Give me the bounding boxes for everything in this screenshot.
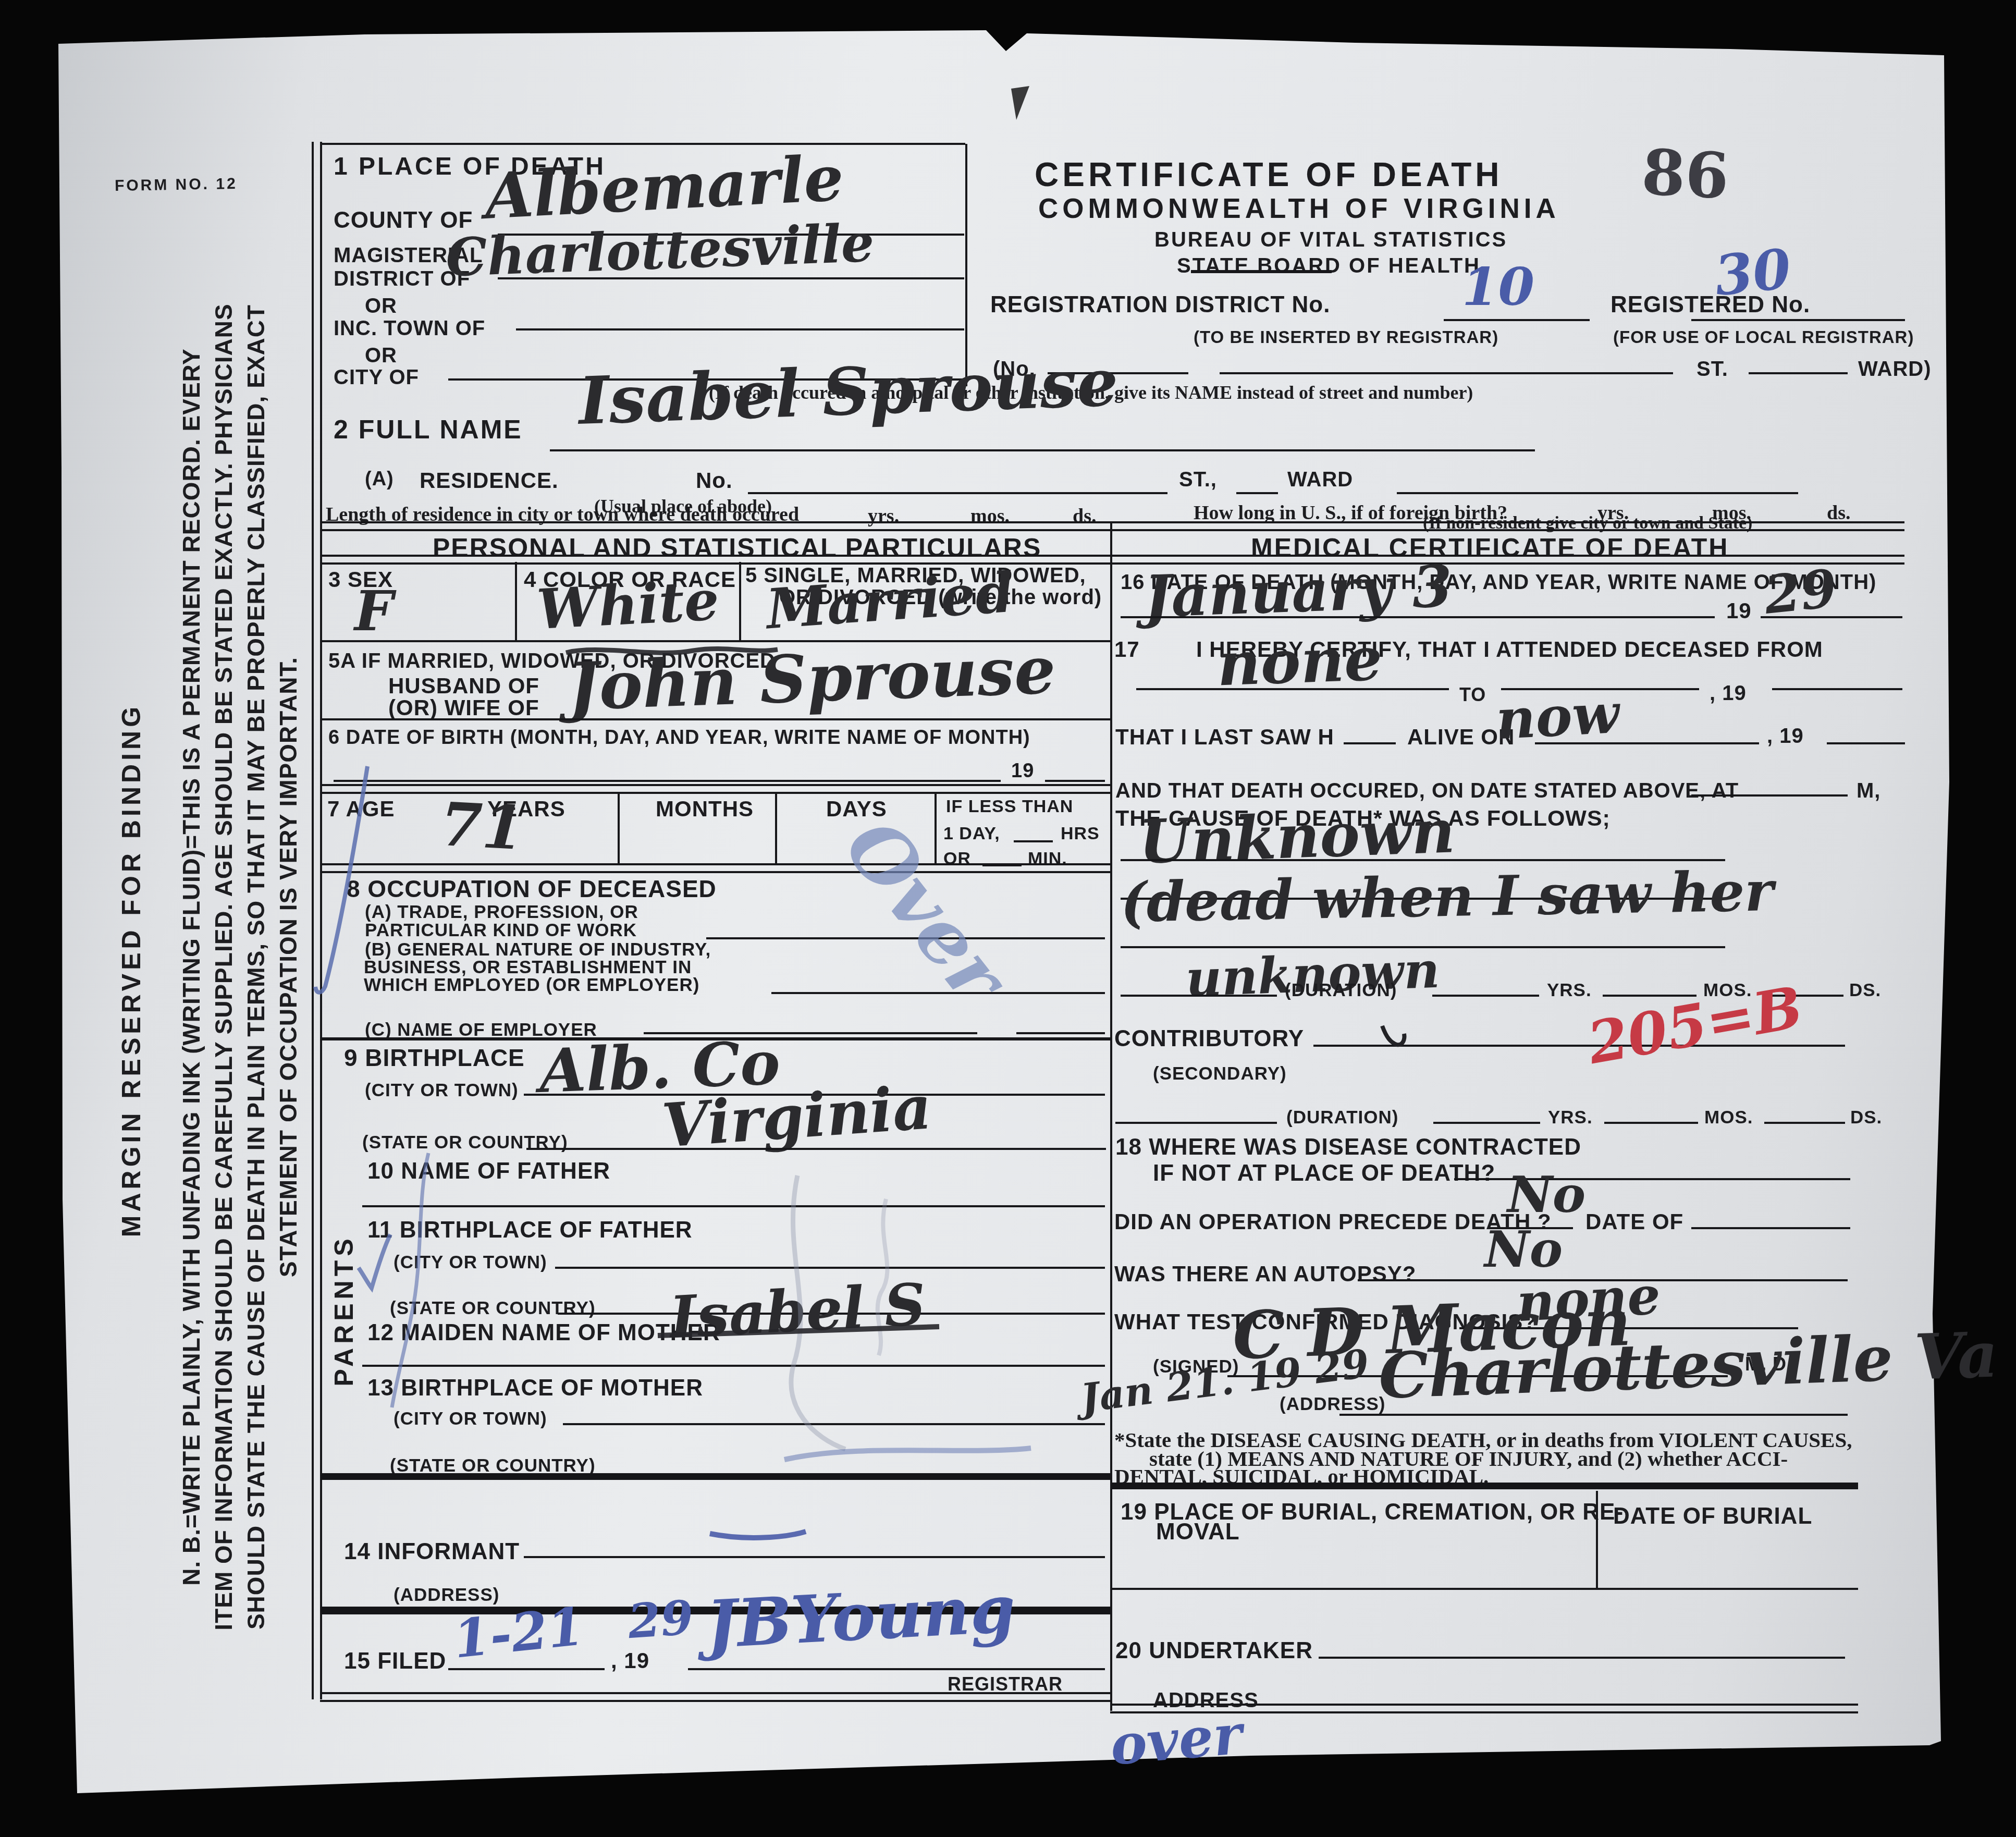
margin-nb-line1: N. B.=WRITE PLAINLY, WITH UNFADING INK (… [175, 195, 207, 1738]
or-label-1: OR [365, 295, 397, 318]
burial-label-2: MOVAL [1156, 1519, 1240, 1545]
residence-label: RESIDENCE. [420, 468, 559, 493]
cause-of-death-value: Unknown [1138, 801, 1456, 872]
age-months-divider [775, 792, 777, 864]
parents-vertical-label: PARENTS [329, 1196, 359, 1425]
over-note: over [1108, 1707, 1244, 1773]
dob-label: 6 DATE OF BIRTH (MONTH, DAY, AND YEAR, W… [328, 727, 1030, 749]
residence-bottom-rule [320, 521, 1904, 531]
birthplace-state-line [526, 1148, 1106, 1150]
birthplace-label: 9 BIRTHPLACE [344, 1044, 525, 1072]
registration-district-line [1444, 319, 1590, 321]
row5a-bottom-rule [320, 718, 1110, 720]
dob-year-line [1045, 780, 1105, 782]
margin-binding-note: MARGIN RESERVED FOR BINDING [116, 647, 146, 1293]
duration2-label: (DURATION) [1286, 1107, 1398, 1128]
duration2-mos: MOS. [1704, 1107, 1753, 1128]
margin-nb-line4: STATEMENT OF OCCUPATION IS VERY IMPORTAN… [272, 195, 304, 1738]
residence-ward-label: WARD [1287, 468, 1353, 492]
attended-19-line [1772, 688, 1902, 690]
residence-no-label: No. [696, 468, 733, 493]
occupation-a1: (A) TRADE, PROFESSION, OR [365, 902, 638, 923]
birthplace-state-label: (STATE OR COUNTRY) [362, 1132, 568, 1153]
spouse-value: John Sprouse [567, 638, 1056, 720]
attended-19-label: , 19 [1710, 682, 1747, 705]
or-label-2: OR [365, 344, 397, 368]
certificate-title: CERTIFICATE OF DEATH [1035, 155, 1503, 194]
form-number: FORM NO. 12 [115, 175, 238, 195]
burial-date-divider [1596, 1491, 1598, 1589]
sex-race-divider [515, 562, 517, 640]
residence-st-label: ST., [1179, 468, 1217, 492]
registrar-line [688, 1668, 1105, 1670]
local-registrar-note: (FOR USE OF LOCAL REGISTRAR) [1613, 327, 1914, 347]
inc-town-label: INC. TOWN OF [334, 317, 485, 340]
registration-district-value: 10 [1462, 261, 1534, 313]
if-not-at-place-label: IF NOT AT PLACE OF DEATH? [1153, 1160, 1495, 1186]
age-years-divider [618, 792, 620, 864]
burial-bottom-rule [1110, 1588, 1858, 1590]
duration2-line-c [1604, 1122, 1698, 1124]
duration2-line-b [1433, 1122, 1540, 1124]
burial-date-label: DATE OF BURIAL [1613, 1503, 1812, 1529]
physician-address-label: (ADDRESS) [1280, 1394, 1385, 1415]
father-name-line [362, 1205, 1105, 1207]
form-left-border-outer [312, 142, 314, 1699]
street-name-line [1220, 372, 1673, 374]
age-value: 71 [439, 794, 525, 859]
race-value: White [535, 573, 720, 637]
registered-no-line [1691, 319, 1905, 321]
mother-name-line [362, 1365, 1105, 1367]
duration1-label: (DURATION) [1285, 980, 1397, 1001]
duration1-line-a [1121, 995, 1277, 997]
board-line: STATE BOARD OF HEALTH [1177, 254, 1481, 278]
duration1-ds: DS. [1849, 980, 1881, 1001]
district-line [498, 277, 964, 279]
contributory-label: CONTRIBUTORY [1114, 1026, 1304, 1052]
mother-name-label: 12 MAIDEN NAME OF MOTHER [367, 1320, 720, 1346]
duration2-ds: DS. [1850, 1107, 1882, 1128]
registered-no-value: 30 [1712, 241, 1793, 304]
age-months-label: MONTHS [656, 797, 754, 822]
date-of-death-value: January 3 [1143, 558, 1453, 626]
undertaker-line [1319, 1657, 1845, 1659]
last-saw-label: THAT I LAST SAW H [1115, 725, 1334, 750]
last-saw-line [1535, 742, 1759, 744]
row6-bottom-rule [320, 784, 1110, 794]
street-st-label: ST. [1697, 358, 1728, 381]
form-left-border-inner [320, 142, 322, 1699]
operation-date-of-label: DATE OF [1585, 1209, 1683, 1234]
last-saw-19-line [1827, 742, 1905, 744]
bureau-line: BUREAU OF VITAL STATISTICS [1154, 228, 1507, 252]
attended-from-line [1136, 688, 1449, 690]
father-city-line [555, 1267, 1105, 1269]
to-label: TO [1459, 684, 1486, 706]
disease-contracted-label: 18 WHERE WAS DISEASE CONTRACTED [1115, 1134, 1581, 1160]
filed-19-label: , 19 [611, 1648, 649, 1673]
full-name-value: Isabel Sprouse [577, 350, 1119, 434]
mother-city-label: (CITY OR TOWN) [394, 1409, 547, 1429]
father-name-label: 10 NAME OF FATHER [367, 1158, 610, 1184]
left-column-bottom-rule [320, 1692, 1110, 1702]
wife-label: (OR) WIFE OF [388, 695, 539, 720]
autopsy-value: No [1484, 1225, 1563, 1275]
hrs-line [1014, 840, 1053, 842]
hrs-label: HRS [1061, 824, 1100, 844]
commonwealth-subtitle: COMMONWEALTH OF VIRGINIA [1038, 193, 1560, 225]
residence-a-label: (A) [365, 468, 394, 491]
age-label: 7 AGE [327, 797, 395, 822]
informant-address-label: (ADDRESS) [394, 1585, 499, 1606]
residence-ward-line [1397, 492, 1798, 494]
certificate-number: 86 [1640, 141, 1730, 209]
occupation-label: 8 OCCUPATION OF DECEASED [347, 875, 717, 903]
duration2-line-a [1115, 1122, 1277, 1124]
occupation-b3: WHICH EMPLOYED (OR EMPLOYER) [364, 975, 699, 996]
dod-year-line [1761, 616, 1902, 618]
mother-birthplace-label: 13 BIRTHPLACE OF MOTHER [367, 1375, 703, 1401]
husband-label: HUSBAND OF [388, 673, 539, 699]
filed-year-value: 29 [626, 1594, 695, 1646]
margin-nb-line2: ITEM OF INFORMATION SHOULD BE CAREFULLY … [207, 195, 240, 1738]
if-less-label: IF LESS THAN [946, 797, 1073, 817]
column-divider [1110, 522, 1112, 1711]
one-day-label: 1 DAY, [943, 824, 1000, 844]
birthplace-state-value: Virginia [660, 1077, 933, 1156]
filed-date-value: 1-21 [451, 1600, 586, 1665]
city-label: CITY OF [334, 366, 419, 389]
marital-value: Married [765, 565, 1015, 637]
mother-name-value: Isabel S [668, 1276, 927, 1346]
section-header-rule [320, 555, 1904, 565]
header-center-rule [1191, 270, 1332, 273]
dob-line [334, 780, 1001, 782]
autopsy-label: WAS THERE AN AUTOPSY? [1114, 1262, 1417, 1287]
parents-bottom-bar [320, 1473, 1110, 1480]
insert-note: (TO BE INSERTED BY REGISTRAR) [1194, 327, 1498, 347]
duration1-yrs: YRS. [1547, 980, 1592, 1001]
operation-value: No [1507, 1170, 1585, 1220]
father-state-label: (STATE OR COUNTRY) [390, 1298, 596, 1319]
address-line [1339, 1414, 1848, 1416]
cause-note-value: (dead when I saw her [1120, 864, 1774, 930]
registrar-signature: JBYoung [705, 1577, 1017, 1658]
certify-number: 17 [1114, 637, 1140, 662]
birthplace-city-label: (CITY OR TOWN) [365, 1080, 519, 1101]
duration2-yrs: YRS. [1548, 1107, 1593, 1128]
father-birthplace-label: 11 BIRTHPLACE OF FATHER [367, 1217, 693, 1243]
full-name-line [550, 449, 1535, 451]
scanned-document-page: { "margin": { "form_no": "FORM NO. 12", … [0, 0, 2016, 1837]
age-row-bottom-rule [320, 863, 1110, 873]
district-value: Charlottesville [445, 217, 875, 284]
margin-nb-block: N. B.=WRITE PLAINLY, WITH UNFADING INK (… [175, 195, 304, 1738]
informant-line [524, 1556, 1105, 1558]
registration-district-label: REGISTRATION DISTRICT No. [990, 292, 1330, 318]
ward-label: WARD) [1858, 358, 1932, 381]
last-saw-19-label: , 19 [1767, 725, 1804, 748]
undertaker-label: 20 UNDERTAKER [1115, 1638, 1313, 1664]
inc-town-line [516, 328, 964, 330]
race-marital-divider [739, 562, 741, 640]
margin-nb-line3: SHOULD STATE THE CAUSE OF DEATH IN PLAIN… [240, 195, 272, 1738]
death-occured-m-label: M, [1857, 779, 1880, 803]
filed-date-line [448, 1668, 605, 1670]
occupation-c-line2 [1016, 1032, 1105, 1034]
residence-st-line [1236, 492, 1278, 494]
operation-date-line [1691, 1227, 1850, 1229]
mother-city-line [563, 1423, 1105, 1425]
occupation-a2: PARTICULAR KIND OF WORK [365, 920, 637, 941]
date-of-death-line [1121, 616, 1715, 618]
secondary-label: (SECONDARY) [1153, 1063, 1287, 1084]
footnote-bottom-bar [1110, 1483, 1858, 1489]
death-occured-line [1691, 794, 1848, 797]
ward-line [1749, 372, 1848, 374]
duration1-line-b [1432, 995, 1539, 997]
dob-19-label: 19 [1011, 760, 1034, 782]
residence-no-line [748, 492, 1167, 494]
last-saw-h-line [1344, 742, 1396, 744]
form-top-rule [320, 143, 965, 145]
duration2-line-d [1764, 1122, 1845, 1124]
father-city-label: (CITY OR TOWN) [394, 1252, 547, 1273]
sex-value: F [354, 584, 394, 639]
dod-19-label: 19 [1726, 598, 1752, 623]
last-saw-value: now [1494, 686, 1620, 747]
filed-label: 15 FILED [344, 1648, 446, 1674]
dod-year-value: 29 [1762, 562, 1839, 621]
attended-from-value: none [1216, 629, 1383, 695]
informant-label: 14 INFORMANT [344, 1539, 520, 1565]
full-name-label: 2 FULL NAME [334, 414, 523, 445]
